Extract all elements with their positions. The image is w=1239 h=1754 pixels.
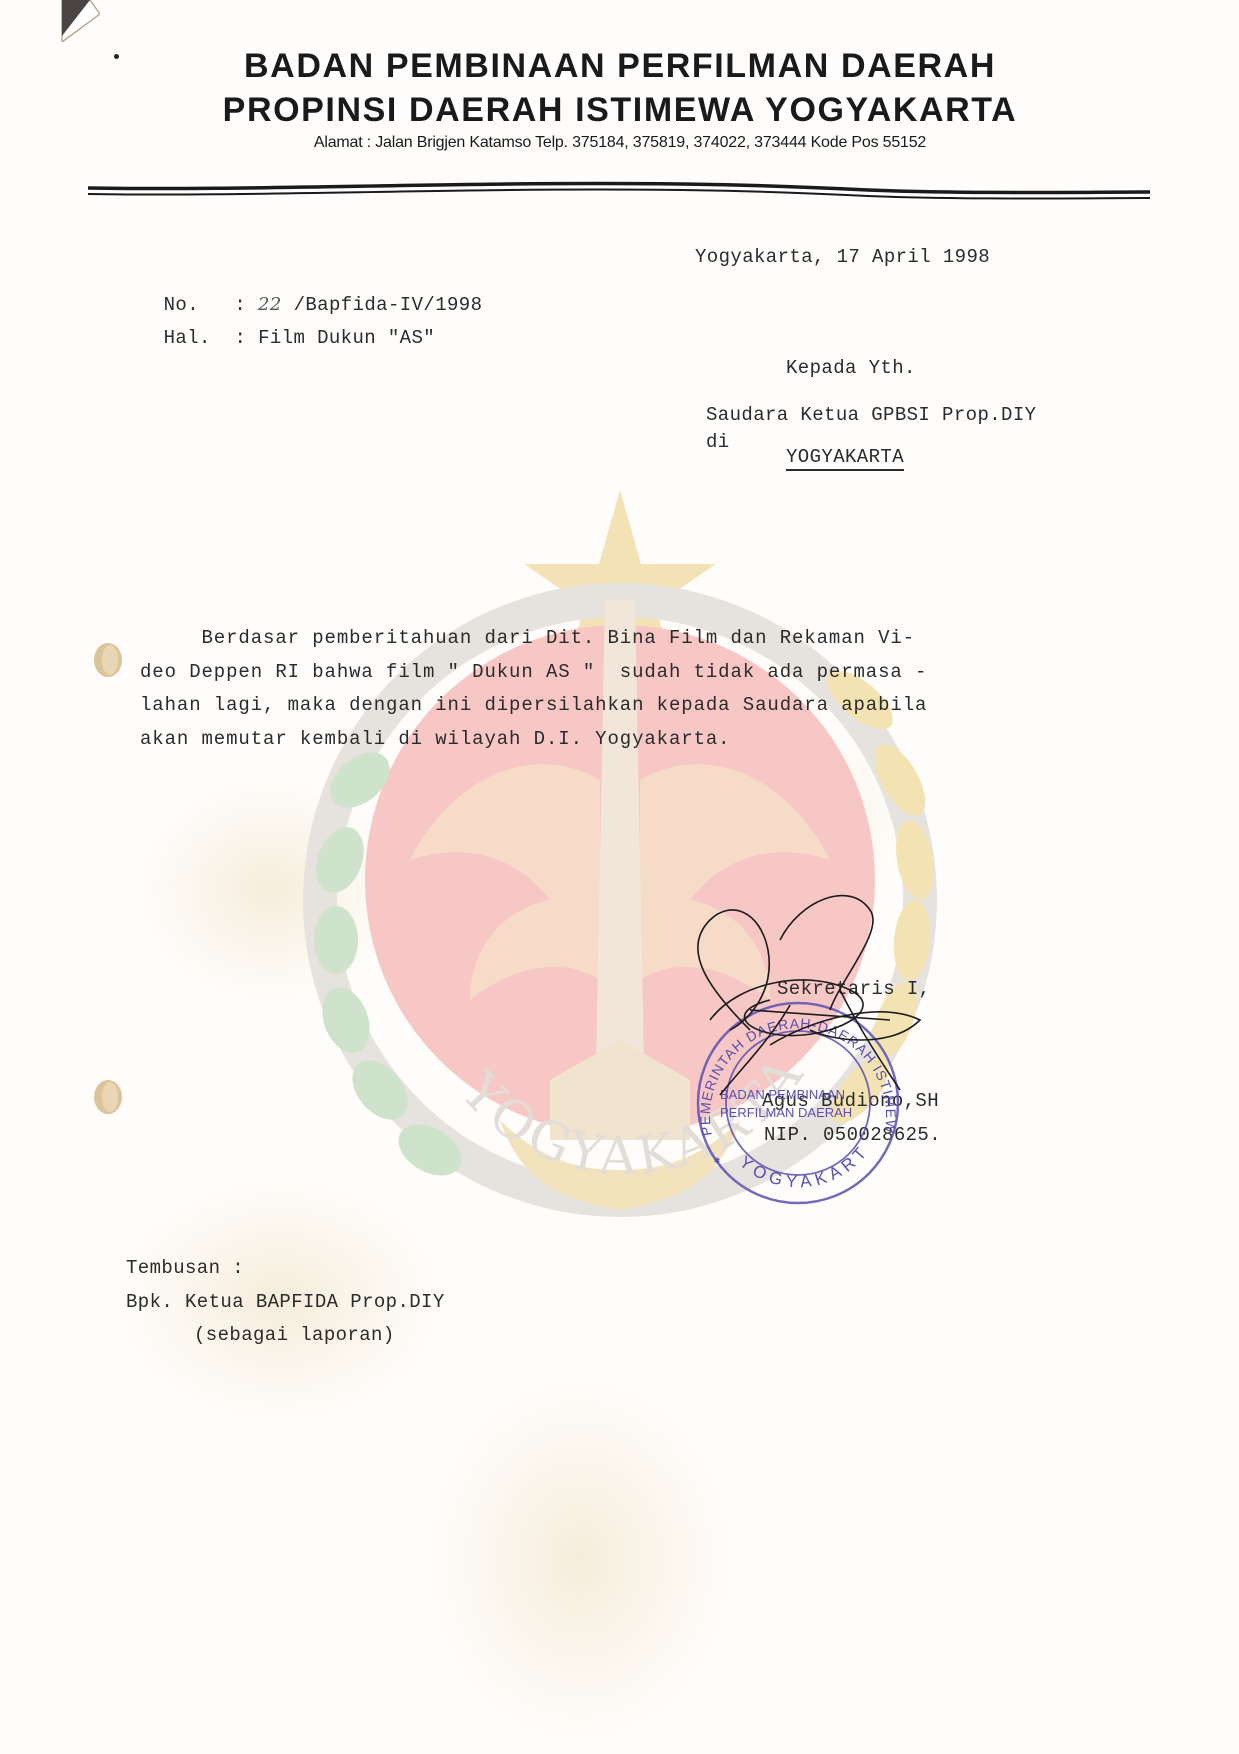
- paper-stain: [430, 1380, 730, 1740]
- agency-name: BADAN PEMBINAAN PERFILMAN DAERAH: [95, 44, 1145, 88]
- svg-text:PERFILMAN DAERAH: PERFILMAN DAERAH: [720, 1105, 852, 1120]
- recipient-at: di: [706, 431, 730, 453]
- recipient-name: Saudara Ketua GPBSI Prop.DIY: [706, 404, 1036, 426]
- letter-subject: Hal. : Film Dukun "AS": [140, 305, 435, 349]
- recipient-greeting: Kepada Yth.: [786, 357, 916, 379]
- recipient-city: YOGYAKARTA: [786, 446, 904, 471]
- province-name: PROPINSI DAERAH ISTIMEWA YOGYAKARTA: [95, 88, 1145, 132]
- punch-hole: [92, 640, 124, 680]
- letter-body: Berdasar pemberitahuan dari Dit. Bina Fi…: [140, 622, 1090, 756]
- letterhead-double-rule: [88, 180, 1150, 204]
- body-line: deo Deppen RI bahwa film " Dukun AS " su…: [140, 656, 1090, 690]
- subject-separator: :: [234, 327, 246, 349]
- place-date: Yogyakarta, 17 April 1998: [695, 246, 990, 268]
- subject-value: Film Dukun "AS": [258, 327, 435, 349]
- letterhead: BADAN PEMBINAAN PERFILMAN DAERAH PROPINS…: [95, 44, 1145, 152]
- cc-label: Tembusan :: [126, 1257, 244, 1279]
- subject-label: Hal.: [164, 327, 211, 349]
- svg-text:✱: ✱: [714, 1156, 720, 1167]
- cc-note: (sebagai laporan): [194, 1324, 395, 1346]
- agency-address: Alamat : Jalan Brigjen Katamso Telp. 375…: [95, 134, 1145, 152]
- punch-hole: [92, 1077, 124, 1117]
- corner-fold: [0, 0, 100, 42]
- body-line: Berdasar pemberitahuan dari Dit. Bina Fi…: [140, 622, 1090, 656]
- body-line: akan memutar kembali di wilayah D.I. Yog…: [140, 723, 1090, 757]
- body-line: lahan lagi, maka dengan ini dipersilahka…: [140, 689, 1090, 723]
- paper-stain: [140, 780, 400, 1000]
- handwritten-signature: [690, 870, 950, 1100]
- cc-recipient: Bpk. Ketua BAPFIDA Prop.DIY: [126, 1291, 445, 1313]
